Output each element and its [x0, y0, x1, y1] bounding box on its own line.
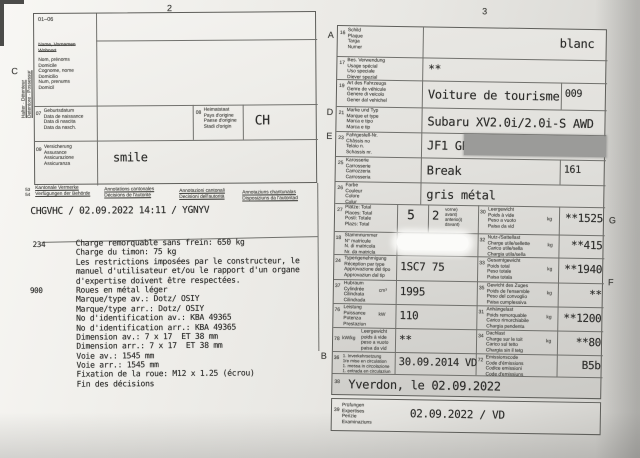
train-weight-label: Gewicht des Zuges Poids de l'ensemble Pe… — [487, 283, 545, 306]
edge-letter-g: G — [609, 215, 616, 225]
power-to-weight-label: Leergewicht poids à vide peso a vuoto pa… — [361, 329, 395, 352]
type-approval-value: 1SC7 75 — [400, 260, 444, 274]
total-weight-label: Gesamtgewicht Poids total Peso totale Pa… — [487, 258, 545, 281]
type-approval-label: Typengenehmigung Réception par type Appr… — [344, 256, 394, 279]
power-field-number: 76 — [334, 307, 340, 313]
power-to-weight-field-number: 78 — [334, 336, 340, 342]
unladen-weight-value: **1525 — [561, 212, 603, 226]
first-registration-value: 30.09.2014 VD — [399, 356, 477, 369]
displacement-unit: cm³ — [379, 289, 387, 294]
scanned-vehicle-registration-document: 2 C Halter · Détenteur Detentore · Posse… — [0, 0, 640, 458]
towing-weight-value: **1200 — [559, 312, 601, 326]
towing-weight-label: Anhängelast Poids remorquable Carico rim… — [486, 307, 544, 330]
displacement-field-number: 37 — [335, 283, 341, 289]
grid-line — [395, 204, 399, 374]
serial-number-redaction — [396, 234, 468, 251]
seats-front-note: vorne) avant) anterio(i) davant) — [445, 207, 477, 228]
first-registration-label: 1. Inverkehrsetzung 1re mise en circulat… — [343, 353, 395, 374]
inspections-label: Prüfungen Expertises Perizie Examinaziun… — [342, 403, 392, 426]
place-date-value: Yverdon, le 02.09.2022 — [348, 377, 501, 393]
make-label: Marke und Typ Marque et type Marca e tip… — [346, 108, 416, 132]
emission-code-field-number: 72 — [478, 357, 484, 363]
roof-load-unit: kg — [546, 339, 551, 344]
plate-label: Schild Plaque Targa Numer — [348, 28, 418, 52]
total-weight-field-number: 33 — [479, 260, 485, 266]
train-weight-field-number: 35 — [479, 285, 485, 291]
place-date-field-number: 38 — [334, 379, 340, 385]
grid-line — [561, 83, 562, 110]
chassis-label: Fahrgestell-Nr. Châssis no Telaio n. Sch… — [346, 133, 416, 157]
chassis-redaction-box — [464, 134, 606, 157]
edge-letter-e: E — [326, 131, 332, 141]
body-field-number: 25 — [338, 160, 344, 166]
serial-number-label: Stammnummer N° matricule N. di matricola… — [344, 233, 394, 256]
edge-letter-a: A — [328, 30, 334, 40]
towing-weight-unit: kg — [546, 315, 551, 320]
inspections-box: 39 Prüfungen Expertises Perizie Examinaz… — [331, 398, 601, 435]
seats-front-value: 2 — [432, 209, 439, 223]
total-weight-unit: kg — [547, 267, 552, 272]
special-use-field-number: 17 — [339, 60, 345, 66]
colour-label: Farbe Couleur Colore Colur — [345, 183, 415, 207]
payload-unit: kg — [548, 243, 553, 248]
plate-value: blanc — [560, 37, 595, 52]
grid-line — [560, 160, 561, 185]
grid-line — [420, 27, 424, 204]
edge-letter-d: D — [327, 107, 334, 117]
roof-load-field-number: 34 — [478, 333, 484, 339]
power-to-weight-unit: kW/kg — [342, 336, 355, 341]
payload-value: **415 — [560, 239, 602, 253]
payload-label: Nutz-/Sattellast Charge utile/sellette C… — [487, 235, 545, 258]
vehicle-type-field-number: 19 — [339, 83, 345, 89]
vehicle-type-code: 009 — [565, 89, 582, 100]
roof-load-value: **80 — [559, 336, 601, 350]
grid-line — [428, 204, 429, 232]
edge-letter-f: F — [608, 277, 614, 287]
unladen-weight-label: Leergewicht Poids à vide Peso a vuoto Pa… — [488, 207, 546, 230]
special-use-label: Bes. Verwendung Usage spécial Uso specia… — [347, 58, 417, 82]
vehicle-type-label: Art des Fahrzeugs Genre de véhicule Gene… — [347, 81, 417, 105]
make-value: Subaru XV2.0i/2.0i-S AWD — [427, 114, 593, 131]
emission-code-value: B5b — [559, 359, 601, 373]
power-to-weight-value: ** — [399, 333, 412, 346]
towing-weight-field-number: 31 — [478, 309, 484, 315]
body-style-label: Karosserie Carrosserie Carrozzeria Carro… — [346, 158, 416, 182]
payload-field-number: 32 — [480, 237, 486, 243]
edge-letter-b: B — [321, 351, 327, 361]
page-number-right: 3 — [482, 6, 487, 16]
inspections-value: 02.09.2022 / VD — [410, 407, 505, 421]
displacement-value: 1995 — [400, 285, 425, 298]
vehicle-type-value: Voiture de tourisme — [428, 87, 560, 103]
right-page: 3 A D E B G F — [0, 0, 640, 458]
colour-value: gris métal — [426, 187, 495, 202]
colour-field-number: 26 — [337, 185, 343, 191]
emission-code-label: Emissionscode Code d'émissions Codice em… — [485, 355, 543, 378]
displacement-label: Hubraum Cylindrée Cilindrata Cilindrada — [344, 281, 378, 304]
first-registration-field-number: 36 — [334, 355, 340, 361]
seats-label: Plätze: Total Places: Total Posti: Total… — [345, 205, 395, 228]
seats-total-value: 5 — [407, 208, 415, 223]
seats-field-number: 27 — [337, 207, 343, 213]
special-use-value: ** — [428, 62, 441, 75]
train-weight-value: ** — [560, 288, 602, 302]
unladen-weight-field-number: 30 — [480, 209, 486, 215]
roof-load-label: Dachlast Charge sur le toit Carico sul t… — [486, 331, 544, 354]
power-value: 110 — [399, 309, 418, 322]
total-weight-value: **1940 — [560, 263, 602, 277]
type-approval-field-number: 24 — [335, 258, 341, 264]
make-field-number: 21 — [339, 110, 345, 116]
power-label: Leistung Puissance Potenza Prestaziun — [343, 305, 377, 328]
unladen-weight-unit: kg — [547, 217, 552, 222]
body-style-value: Break — [427, 163, 462, 178]
vehicle-data-box: 16 Schild Plaque Targa Numer blanc 17 Be… — [331, 25, 607, 399]
body-style-code: 161 — [564, 165, 581, 176]
plate-field-number: 16 — [340, 30, 346, 36]
train-weight-unit: kg — [547, 291, 552, 296]
serial-field-number: 18 — [336, 235, 342, 241]
inspections-field-number: 39 — [334, 407, 340, 413]
chassis-field-number: 23 — [338, 135, 344, 141]
power-unit: kW — [378, 313, 385, 318]
